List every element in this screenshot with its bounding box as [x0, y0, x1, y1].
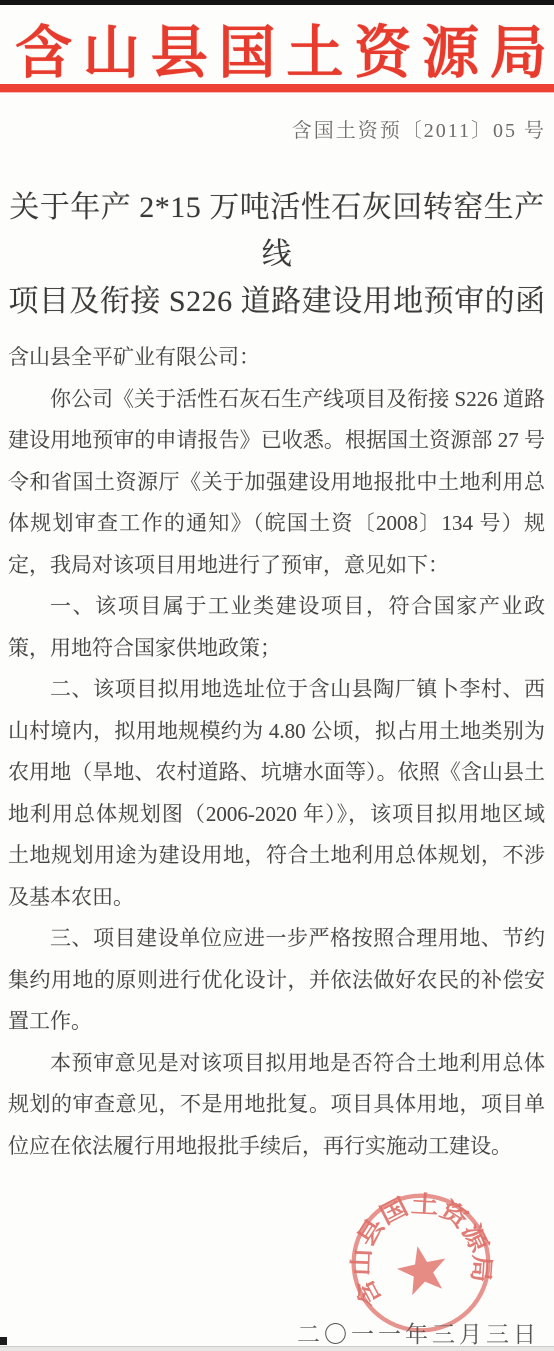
svg-text:含山县国土资源局: 含山县国土资源局: [343, 1188, 499, 1313]
letter-addressee: 含山县全平矿业有限公司：: [8, 337, 545, 379]
letterhead-character: 山: [83, 7, 140, 89]
document-title-line2: 项目及衔接 S226 道路建设用地预审的函: [0, 278, 554, 325]
letterhead-character: 国: [219, 7, 276, 89]
letter-body: 含山县全平矿业有限公司： 你公司《关于活性石灰石生产线项目及衔接 S226 道路…: [8, 337, 545, 1167]
document-title-line1: 关于年产 2*15 万吨活性石灰回转窑生产线: [0, 184, 554, 278]
seal-ring-text: 含山县国土资源局: [343, 1188, 499, 1313]
letterhead-agency-name: 含山县国土资源局: [15, 13, 547, 83]
scan-edge-artifact-top: [0, 0, 554, 5]
document-date: 二〇一一年三月三日: [297, 1316, 540, 1349]
letterhead-character: 资: [354, 7, 411, 89]
body-paragraph: 一、该项目属于工业类建设项目，符合国家产业政策，用地符合国家供地政策；: [8, 586, 545, 669]
letterhead-character: 源: [422, 7, 479, 89]
document-title: 关于年产 2*15 万吨活性石灰回转窑生产线 项目及衔接 S226 道路建设用地…: [0, 184, 554, 325]
body-paragraph: 三、项目建设单位应进一步严格按照合理用地、节约集约用地的原则进行优化设计，并依法…: [8, 918, 545, 1043]
letterhead-divider-rule: [0, 84, 554, 92]
seal-star-icon: [393, 1241, 451, 1297]
letter-paragraphs: 你公司《关于活性石灰石生产线项目及衔接 S226 道路建设用地预审的申请报告》已…: [8, 379, 545, 1168]
body-paragraph: 本预审意见是对该项目拟用地是否符合土地利用总体规划的审查意见，不是用地批复。项目…: [8, 1043, 545, 1168]
scanned-letter-page: 含山县国土资源局 含国土资预〔2011〕05 号 关于年产 2*15 万吨活性石…: [0, 0, 554, 1351]
letterhead-character: 局: [490, 7, 547, 89]
body-paragraph: 你公司《关于活性石灰石生产线项目及衔接 S226 道路建设用地预审的申请报告》已…: [8, 379, 545, 587]
letterhead-character: 土: [286, 7, 343, 89]
body-paragraph: 二、该项目拟用地选址位于含山县陶厂镇卜李村、西山村境内，拟用地规模约为 4.80…: [8, 669, 545, 918]
scan-edge-artifact-corner: [0, 1337, 7, 1345]
document-reference-number: 含国土资预〔2011〕05 号: [292, 114, 546, 143]
letterhead-character: 含: [15, 7, 72, 89]
scan-edge-artifact-bottom: [0, 1346, 554, 1351]
letterhead-character: 县: [151, 7, 208, 89]
